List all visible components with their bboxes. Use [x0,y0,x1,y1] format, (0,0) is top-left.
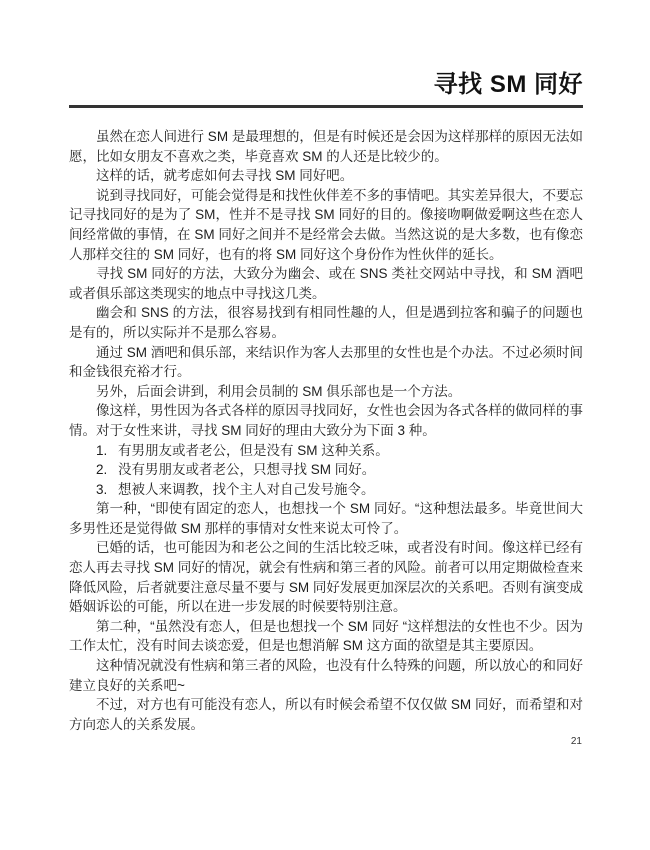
paragraph: 这样的话，就考虑如何去寻找 SM 同好吧。 [69,166,583,186]
list-item: 3.想被人来调教，找个主人对自己发号施令。 [69,480,583,500]
paragraph: 虽然在恋人间进行 SM 是最理想的，但是有时候还是会因为这样那样的原因无法如愿，… [69,127,583,166]
paragraph: 这种情况就没有性病和第三者的风险，也没有什么特殊的问题，所以放心的和同好建立良好… [69,656,583,695]
paragraph: 幽会和 SNS 的方法，很容易找到有相同性趣的人，但是遇到拉客和骗子的问题也是有… [69,303,583,342]
list-item-text: 想被人来调教，找个主人对自己发号施令。 [118,482,375,497]
list-item-text: 没有男朋友或者老公，只想寻找 SM 同好。 [118,462,375,477]
paragraph: 第一种，“即使有固定的恋人，也想找一个 SM 同好。“这种想法最多。毕竟世间大多… [69,499,583,538]
paragraph: 第二种，“虽然没有恋人，但是也想找一个 SM 同好 “这样想法的女性也不少。因为… [69,617,583,656]
list-item-marker: 3. [96,480,118,500]
document-body: 虽然在恋人间进行 SM 是最理想的，但是有时候还是会因为这样那样的原因无法如愿，… [69,108,583,734]
content-column: 寻找 SM 同好 虽然在恋人间进行 SM 是最理想的，但是有时候还是会因为这样那… [69,0,583,734]
list-item-text: 有男朋友或者老公，但是没有 SM 这种关系。 [118,443,389,458]
list-item: 1.有男朋友或者老公，但是没有 SM 这种关系。 [69,441,583,461]
page-number: 21 [571,736,582,747]
paragraph: 像这样，男性因为各式各样的原因寻找同好，女性也会因为各式各样的做同样的事情。对于… [69,401,583,440]
paragraph: 通过 SM 酒吧和俱乐部，来结识作为客人去那里的女性也是个办法。不过必须时间和金… [69,343,583,382]
list-item: 2.没有男朋友或者老公，只想寻找 SM 同好。 [69,460,583,480]
document-page: 寻找 SM 同好 虽然在恋人间进行 SM 是最理想的，但是有时候还是会因为这样那… [0,0,650,850]
page-title: 寻找 SM 同好 [69,70,583,100]
paragraph: 不过，对方也有可能没有恋人，所以有时候会希望不仅仅做 SM 同好，而希望和对方向… [69,695,583,734]
list-item-marker: 1. [96,441,118,461]
paragraph: 寻找 SM 同好的方法，大致分为幽会、或在 SNS 类社交网站中寻找，和 SM … [69,264,583,303]
list-item-marker: 2. [96,460,118,480]
paragraph: 说到寻找同好，可能会觉得是和找性伙伴差不多的事情吧。其实差异很大，不要忘记寻找同… [69,186,583,264]
paragraph: 另外，后面会讲到，利用会员制的 SM 俱乐部也是一个方法。 [69,382,583,402]
paragraph: 已婚的话，也可能因为和老公之间的生活比较乏味，或者没有时间。像这样已经有恋人再去… [69,538,583,616]
